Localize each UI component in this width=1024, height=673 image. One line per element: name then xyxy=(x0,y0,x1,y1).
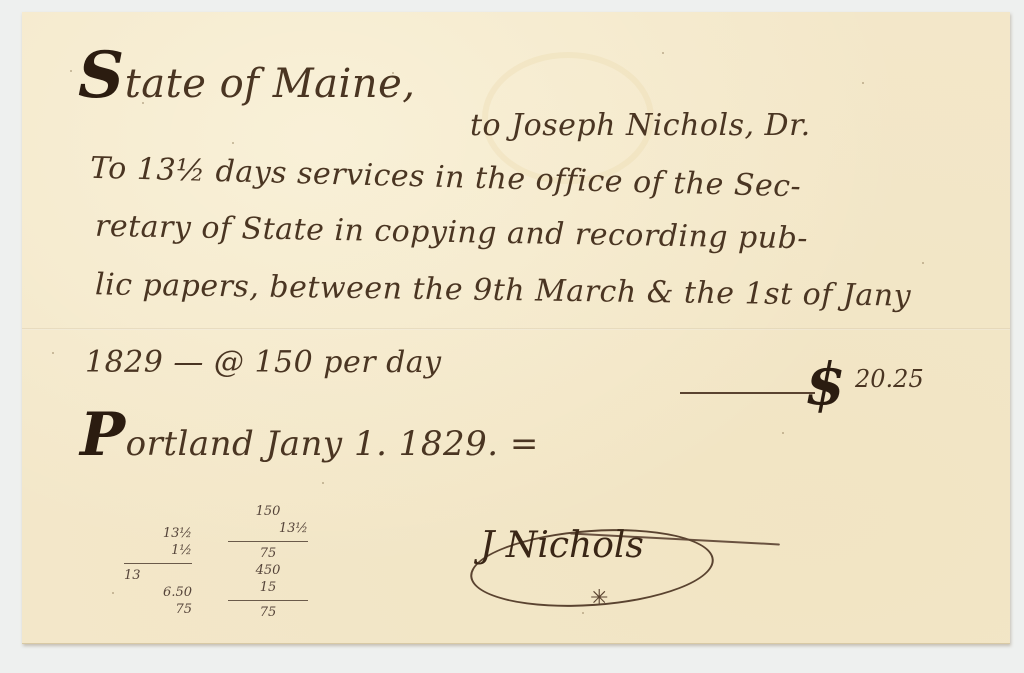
place-capital: P xyxy=(80,400,126,470)
paper-speck xyxy=(112,592,114,594)
scanned-document: State of Maine, to Joseph Nichols, Dr. T… xyxy=(0,0,1024,673)
calc-result: 75 xyxy=(228,604,308,621)
paper-speck xyxy=(862,82,864,84)
payee-line: to Joseph Nichols, Dr. xyxy=(470,108,811,143)
amount-leader-line xyxy=(680,392,815,394)
calculation-right: 150 13½ 75 450 15 75 xyxy=(228,503,308,621)
paper-speck xyxy=(782,432,784,434)
calc-result: 13 xyxy=(124,567,192,584)
fold-crease xyxy=(22,328,1010,330)
dollar-sign-icon: $ xyxy=(805,350,845,418)
calc-operand: 150 xyxy=(228,503,308,520)
calc-result: 75 xyxy=(124,601,192,618)
calc-rule xyxy=(228,541,308,542)
heading-capital: S xyxy=(78,38,125,113)
amount-total: 20.25 xyxy=(855,365,924,393)
paper-speck xyxy=(922,262,924,264)
signature-block: J Nichols ✳ xyxy=(450,495,790,630)
calculation-left: 13½ 1½ 13 6.50 75 xyxy=(124,525,192,618)
calc-rule xyxy=(228,600,308,601)
paper-speck xyxy=(70,70,72,72)
place-date-text: ortland Jany 1. 1829. = xyxy=(126,424,539,464)
calc-partial: 75 xyxy=(228,545,308,562)
calc-operand: 1½ xyxy=(124,542,192,559)
paper-speck xyxy=(52,352,54,354)
signature-text: J Nichols xyxy=(480,525,644,566)
calc-result: 6.50 xyxy=(124,584,192,601)
heading-state-of-maine: State of Maine, xyxy=(78,38,415,113)
body-line-4-rate: 1829 — @ 150 per day xyxy=(85,345,442,380)
calc-partial: 15 xyxy=(228,579,308,596)
paper-speck xyxy=(662,52,664,54)
calc-partial: 450 xyxy=(228,562,308,579)
paper-speck xyxy=(322,482,324,484)
signature-star-icon: ✳ xyxy=(590,585,608,611)
calc-rule xyxy=(124,563,192,564)
calc-operand: 13½ xyxy=(228,520,308,537)
place-date-line: Portland Jany 1. 1829. = xyxy=(80,400,539,470)
calc-operand: 13½ xyxy=(124,525,192,542)
paper-speck xyxy=(232,142,234,144)
heading-text: tate of Maine, xyxy=(125,61,416,107)
